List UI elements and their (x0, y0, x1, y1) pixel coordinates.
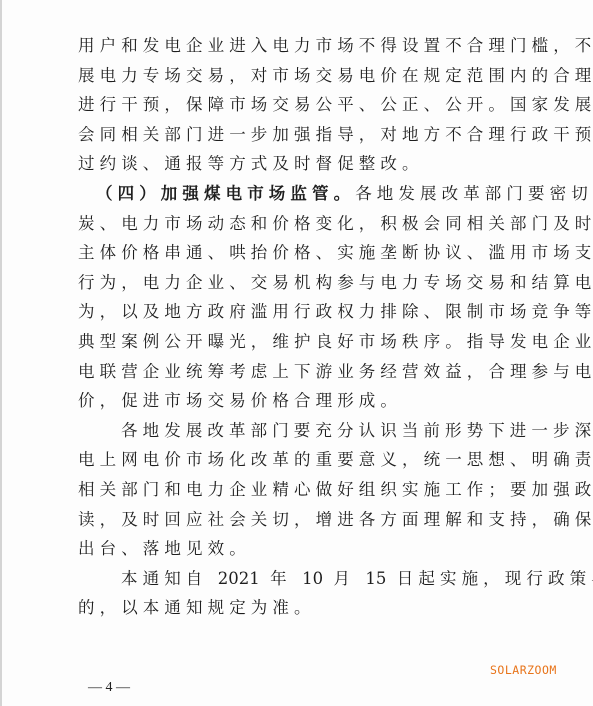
text-line: 进行干预，保障市场交易公平、公正、公开。国家发展改革委将 (78, 90, 514, 120)
text-segment: 月 (333, 569, 355, 588)
month: 10 (302, 569, 323, 588)
text-line: 价，促进市场交易价格合理形成。 (78, 386, 514, 416)
text-line: 会同相关部门进一步加强指导，对地方不合理行政干预行为，通 (78, 120, 514, 150)
text-line: 各地发展改革部门要充分认识当前形势下进一步深化燃煤发 (78, 416, 514, 446)
text-line: 主体价格串通、哄抬价格、实施垄断协议、滥用市场支配地位等 (78, 238, 514, 268)
text-segment: 本通知自 (121, 569, 207, 588)
text-line: 相关部门和电力企业精心做好组织实施工作；要加强政策宣传解 (78, 475, 514, 505)
document-page: 用户和发电企业进入电力市场不得设置不合理门槛，不得组织开 展电力专场交易，对市场… (78, 31, 514, 623)
watermark: SOLARZOOM (490, 663, 557, 677)
text-segment: 年 (270, 569, 292, 588)
effective-date-line: 本通知自 2021 年 10 月 15 日起实施，现行政策与本通知不符 (78, 564, 514, 594)
text-line: 展电力专场交易，对市场交易电价在规定范围内的合理浮动不得 (78, 61, 514, 91)
text-line: 炭、电力市场动态和价格变化，积极会同相关部门及时查处市场 (78, 209, 514, 239)
text-segment: 各地发展改革部门要密切关注煤 (355, 184, 593, 203)
text-line: 为，以及地方政府滥用行政权力排除、限制市场竞争等行为，对 (78, 297, 514, 327)
section-heading: （四）加强煤电市场监管。 (96, 184, 355, 203)
text-line: 出台、落地见效。 (78, 534, 514, 564)
year: 2021 (218, 569, 260, 588)
text-line: 读，及时回应社会关切，增进各方面理解和支持，确保改革平稳 (78, 505, 514, 535)
text-line: 典型案例公开曝光，维护良好市场秩序。指导发电企业特别是煤 (78, 327, 514, 357)
section-heading-line: （四）加强煤电市场监管。各地发展改革部门要密切关注煤 (78, 179, 514, 209)
day: 15 (365, 569, 386, 588)
page-edge (0, 0, 2, 706)
text-line: 过约谈、通报等方式及时督促整改。 (78, 149, 514, 179)
text-line: 电联营企业统筹考虑上下游业务经营效益，合理参与电力市场报 (78, 357, 514, 387)
text-line: 电上网电价市场化改革的重要意义，统一思想、明确责任，会同 (78, 445, 514, 475)
text-segment: 日起实施，现行政策与本通知不符 (397, 569, 593, 588)
text-line: 行为，电力企业、交易机构参与电力专场交易和结算电费等行 (78, 268, 514, 298)
text-line: 的，以本通知规定为准。 (78, 593, 514, 623)
page-number: — 4 — (88, 680, 130, 696)
text-line: 用户和发电企业进入电力市场不得设置不合理门槛，不得组织开 (78, 31, 514, 61)
